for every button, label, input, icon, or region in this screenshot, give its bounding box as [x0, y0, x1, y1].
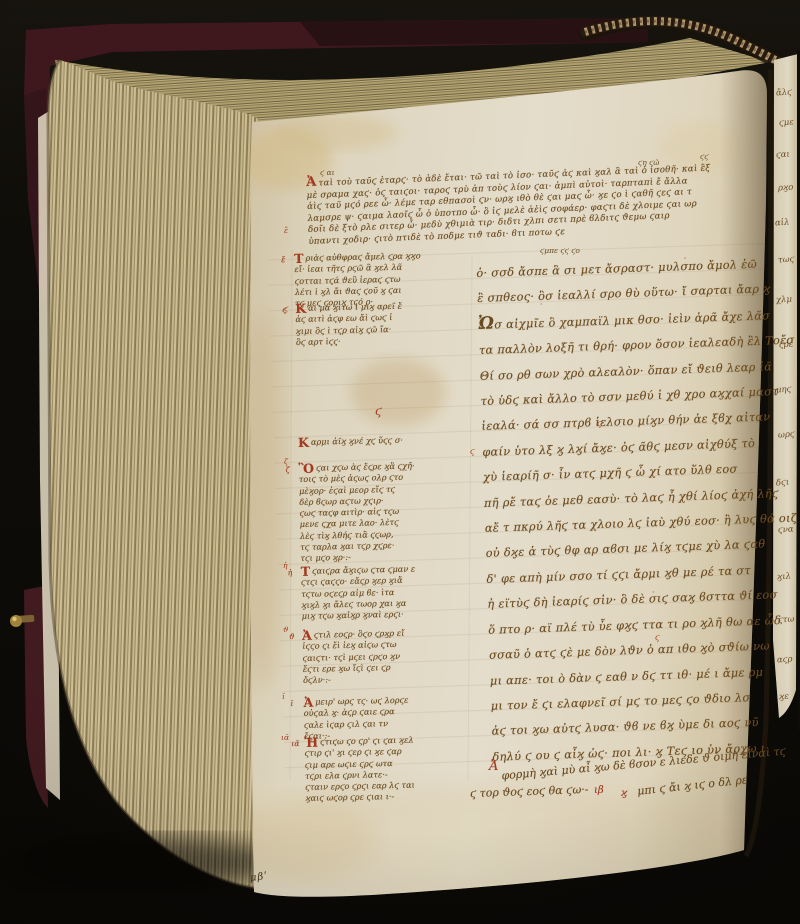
facing-page-sliver [773, 54, 798, 718]
manuscript-photo: Ἀταὶ τοὺ ταῦϛ ἑταρϛ· τὸ ἁδὲ ἔται· τῶ ταὶ… [0, 0, 800, 924]
book-backdrop [0, 0, 800, 924]
stack-bottom-shadow [20, 836, 280, 888]
